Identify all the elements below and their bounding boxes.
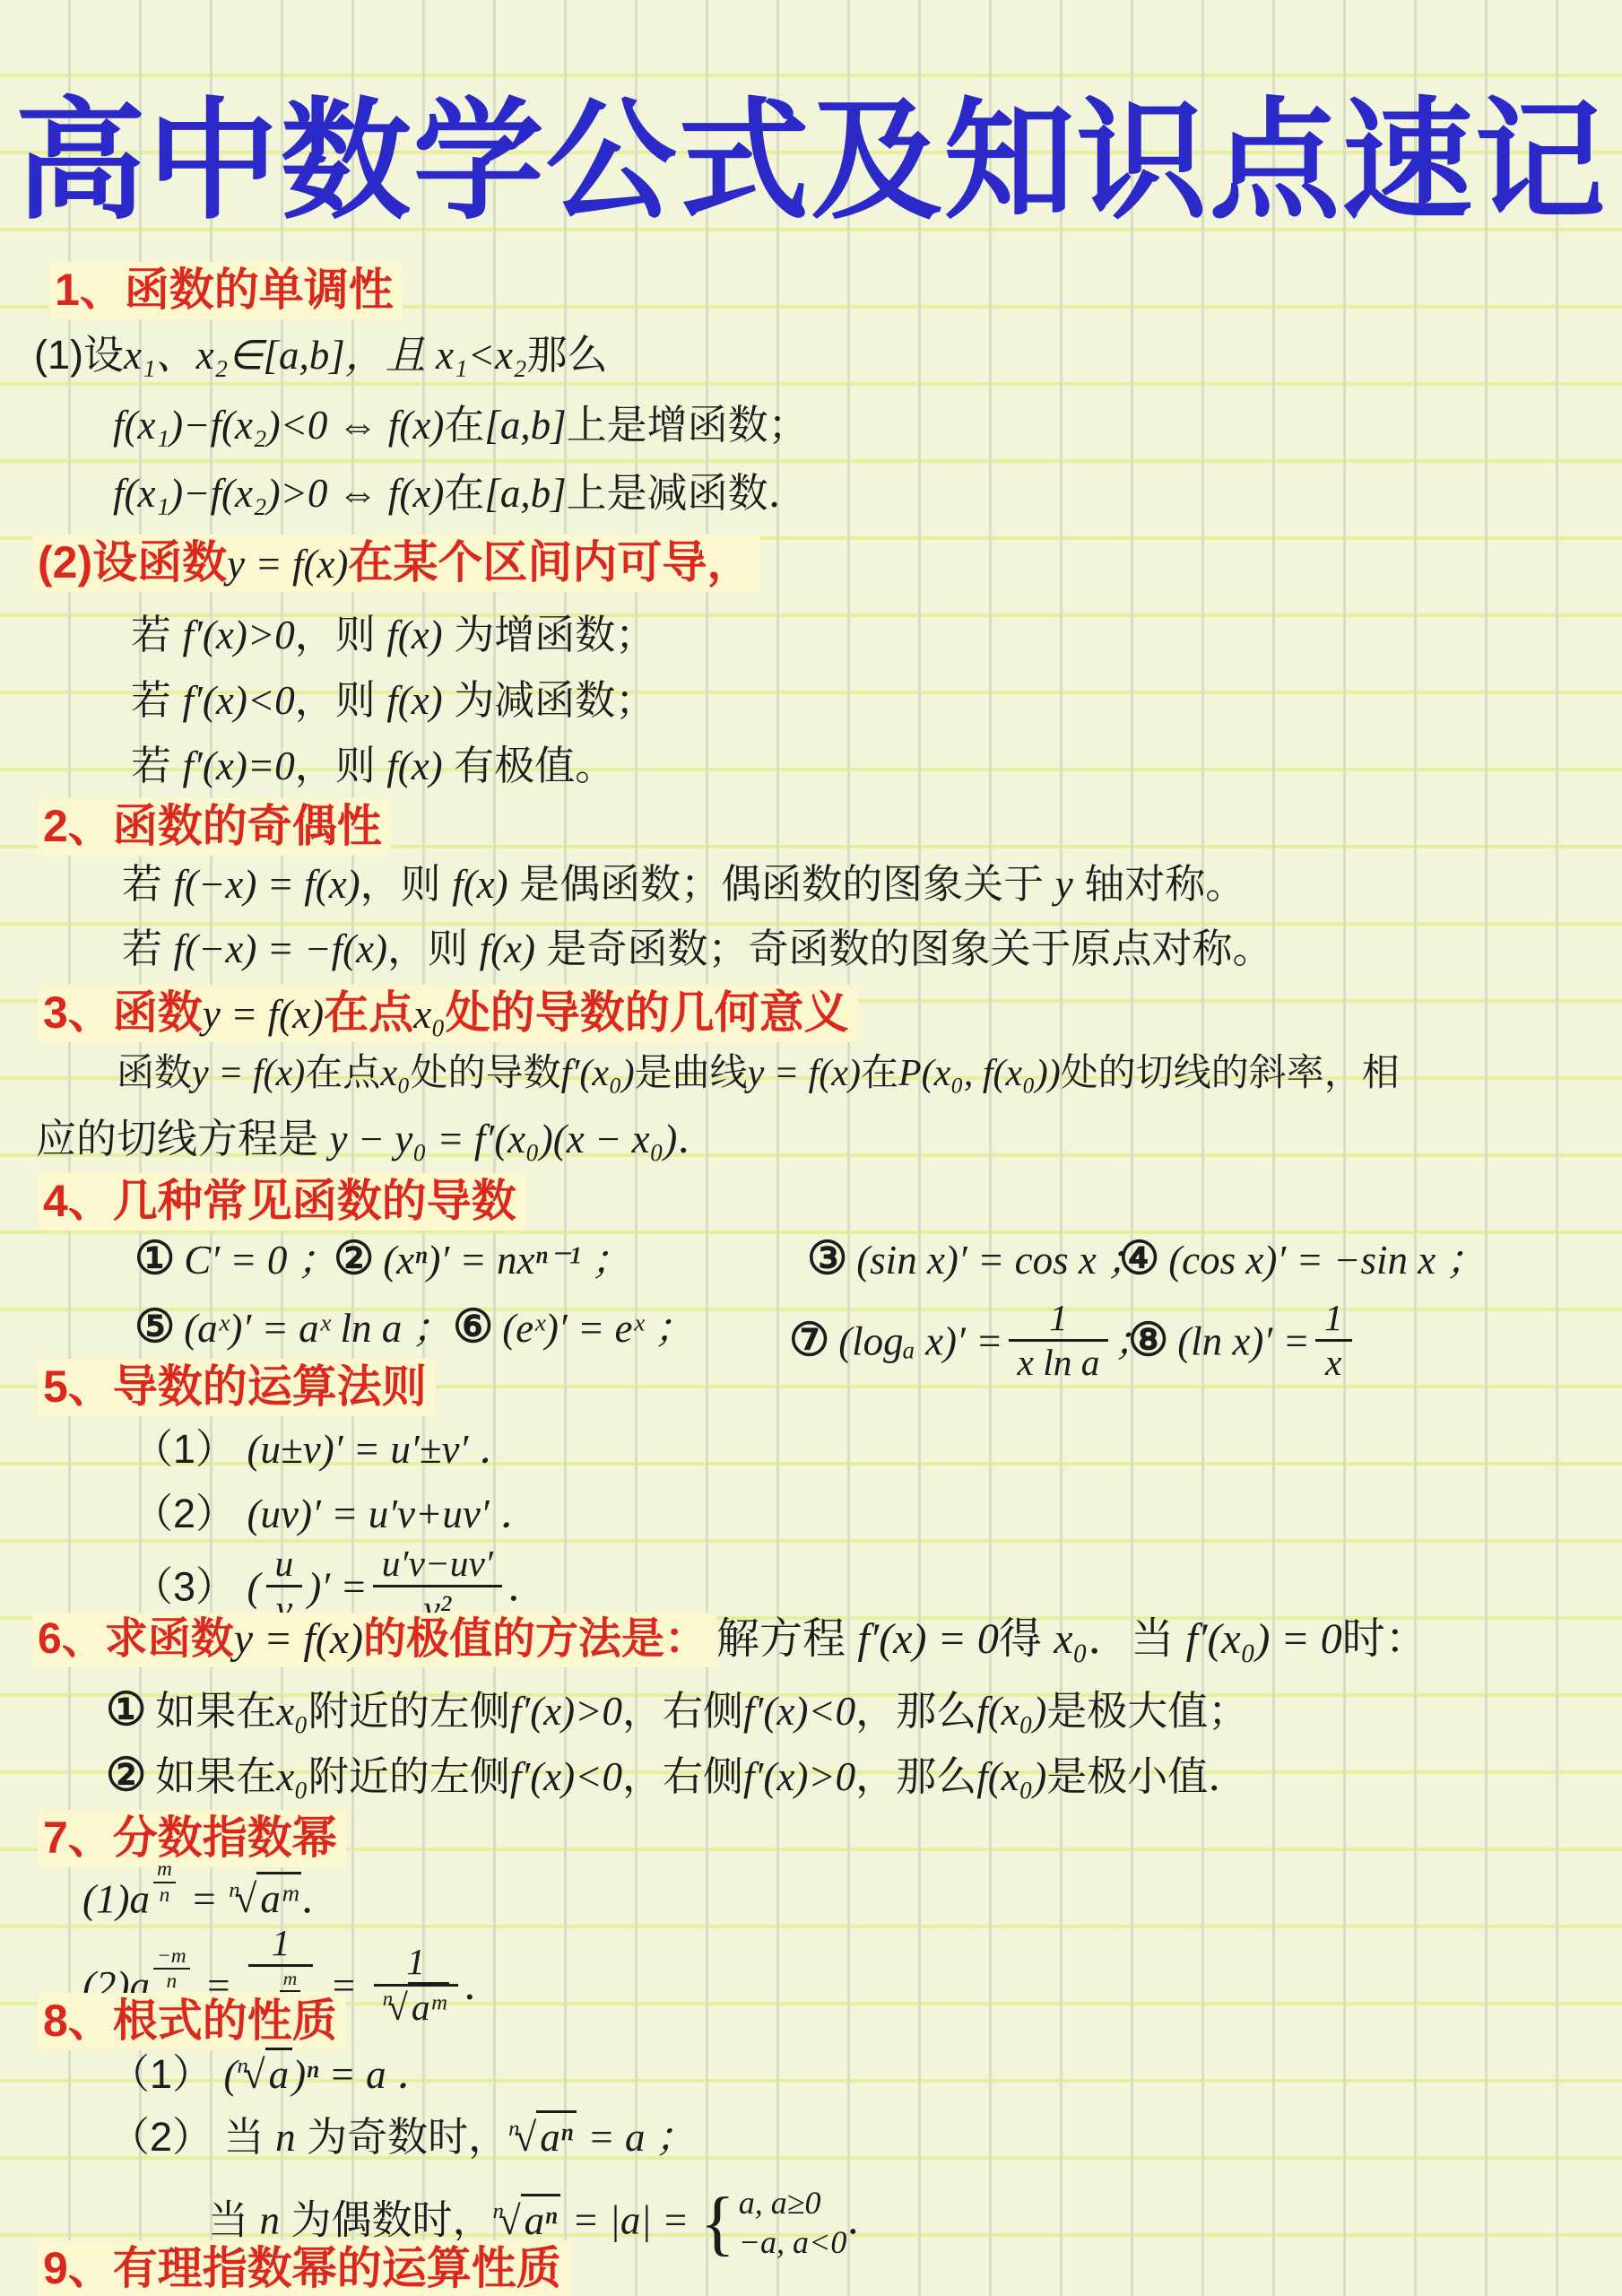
math-run: C′ = 0 ； — [184, 1238, 337, 1283]
math-run: f′(x)>0 — [510, 1689, 622, 1734]
math-run: P(x₀, f(x₀)) — [898, 1053, 1061, 1094]
denominator: x ln a — [1009, 1342, 1109, 1382]
s4-line-2: 应的切线方程是 y − y₀ = f′(x₀)(x − x₀)． — [36, 1114, 717, 1164]
derivative-formula-7: ⑦(logₐ x)′ =1x ln a； — [789, 1299, 1155, 1383]
text-run: 轴对称。 — [1084, 861, 1245, 907]
math-run: x₀ — [380, 1053, 410, 1094]
equals-sign: = — [190, 1876, 217, 1921]
heading-red: 处的导数的几何意义 — [446, 987, 849, 1038]
section-1-heading: 1、函数的单调性 — [49, 262, 403, 318]
math-run: f′(x)<0 — [183, 678, 295, 723]
math-run: x₀ — [276, 1754, 308, 1799]
heading-math: y = f(x) — [203, 992, 324, 1037]
heading-math: y = f(x) — [227, 542, 348, 587]
s4-line-1: 函数y = f(x)在点x₀处的导数f′(x₀)是曲线y = f(x)在P(x₀… — [117, 1049, 1400, 1098]
heading-band: 6、求函数y = f(x)的极值的方法是： — [32, 1613, 716, 1667]
math-run: x₁、x₂∈[a,b]，且 x₁<x₂ — [124, 333, 527, 378]
s9-formula-1: （1） (n√a)ⁿ = a ． — [109, 2049, 437, 2100]
radicand: aⁿ — [536, 2110, 577, 2160]
math-run: (u±v)′ = u′±v′ ． — [247, 1427, 519, 1472]
text-run: ，则 — [360, 861, 441, 907]
math-run: (sin x)′ = cos x ； — [856, 1238, 1147, 1283]
math-run: f(x) — [480, 926, 535, 971]
text-run: 如果在 — [155, 1753, 276, 1799]
item-label: （2） — [133, 1491, 236, 1536]
text-run: 处的切线的斜率，相 — [1061, 1051, 1400, 1093]
heading-red: 6、求函数 — [38, 1615, 234, 1663]
radicand: a — [265, 2048, 293, 2097]
radical: n√aⁿ — [493, 2198, 561, 2243]
math-run: y = f(x) — [748, 1053, 861, 1094]
text-run: 有极值。 — [454, 743, 615, 788]
numerator: m — [153, 1858, 176, 1883]
text-run: 是极小值． — [1046, 1753, 1248, 1799]
text-run: ，则 — [387, 926, 468, 971]
fraction: 1x ln a — [1009, 1299, 1109, 1383]
circled-number: ② — [334, 1233, 374, 1283]
math-run: = a ； — [587, 2115, 695, 2160]
math-run: [a,b] — [484, 403, 566, 448]
derivative-formula-8: ⑧(ln x)′ =1x — [1128, 1299, 1357, 1383]
section-3-heading: 3、函数y = f(x)在点x₀处的导数的几何意义 — [38, 985, 858, 1041]
math-run: y = f(x) — [192, 1053, 305, 1094]
math-run: f(x₁)−f(x₂)<0 ⇔ f(x) — [113, 403, 444, 448]
text-run: ，则 — [295, 677, 376, 723]
text-run: 应的切线方程是 — [36, 1116, 318, 1161]
s6-line-2: （2） (uv)′ = u′v+uv′ ． — [133, 1489, 540, 1539]
math-run: f′(x₀) = 0 — [1186, 1615, 1342, 1663]
s3-line-1: 若 f(−x) = f(x)，则 f(x) 是偶函数；偶函数的图象关于 y 轴对… — [122, 859, 1245, 909]
text-run: ． — [677, 1116, 717, 1161]
derivative-formula-2: ②(xⁿ)′ = nxⁿ⁻¹ ； — [334, 1231, 631, 1287]
item-label: （1） — [109, 2051, 213, 2097]
radicand: aᵐ — [256, 1872, 300, 1921]
derivative-formula-4: ④(cos x)′ = −sin x ； — [1119, 1231, 1486, 1287]
cases-brace: { — [700, 2182, 735, 2263]
heading-red: 在点 — [324, 987, 413, 1038]
math-run: n — [275, 2115, 296, 2160]
math-run: f′(x)>0 — [743, 1754, 855, 1799]
left-paren: ( — [224, 2052, 238, 2097]
circled-number: ④ — [1119, 1233, 1159, 1283]
text-run: 函数 — [117, 1051, 192, 1093]
numerator: u — [266, 1544, 303, 1587]
text-run: 处的导数 — [411, 1051, 561, 1093]
text-run: (1)设 — [34, 332, 124, 378]
section-5-heading-text: 5、导数的运算法则 — [38, 1359, 436, 1416]
text-run: ． — [507, 1564, 548, 1610]
math-run: (uv)′ = u′v+uv′ ． — [247, 1492, 540, 1536]
numerator: u′v−uv′ — [373, 1544, 502, 1587]
math-run: [a,b] — [484, 471, 566, 516]
text-run: 上是增函数； — [567, 402, 809, 448]
derivative-formula-6: ⑥(eˣ)′ = eˣ ； — [453, 1299, 694, 1355]
heading-band: 3、函数y = f(x)在点x₀处的导数的几何意义 — [38, 985, 858, 1042]
derivative-formula-3: ③(sin x)′ = cos x ； — [807, 1231, 1147, 1287]
math-run: (cos x)′ = −sin x ； — [1168, 1238, 1486, 1283]
numerator: 1 — [248, 1924, 313, 1967]
s7-line-2: ②如果在x₀附近的左侧f′(x)<0，右侧f′(x)>0，那么f(x₀)是极小值… — [106, 1747, 1248, 1804]
case-2: −a, a<0 — [739, 2223, 847, 2262]
text-run: ，那么 — [855, 1688, 976, 1734]
text-run: 为奇数时， — [307, 2114, 508, 2160]
math-run: (logₐ x)′ = — [838, 1319, 1002, 1364]
text-run: 在 — [861, 1051, 898, 1093]
section-1-heading-text: 1、函数的单调性 — [49, 262, 403, 319]
text-run: ． — [846, 2197, 887, 2243]
case-1: a, a≥0 — [739, 2184, 847, 2222]
notebook-page: 高中数学公式及知识点速记 1、函数的单调性 (1)设x₁、x₂∈[a,b]，且 … — [0, 0, 1622, 2296]
math-run: f′(x₀) — [561, 1053, 635, 1094]
s1-line-3: f(x₁)−f(x₂)>0 ⇔ f(x)在[a,b]上是减函数． — [113, 468, 809, 518]
text-run: ，右侧 — [622, 1753, 743, 1799]
s1-line-2: f(x₁)−f(x₂)<0 ⇔ f(x)在[a,b]上是增函数； — [113, 400, 809, 450]
math-base: a — [129, 1876, 150, 1921]
radicand: aᵐ — [408, 1982, 449, 2028]
item-label: (1) — [82, 1876, 129, 1921]
math-run: (xⁿ)′ = nxⁿ⁻¹ ； — [383, 1238, 631, 1283]
s2-line-3: 若 f′(x)=0，则 f(x) 有极值。 — [131, 741, 615, 791]
text-run: ，则 — [295, 743, 376, 788]
section-9-heading: 9、有理指数幂的运算性质 — [38, 2240, 570, 2296]
heading-red: (2)设函数 — [38, 537, 227, 587]
section-9-heading-text: 9、有理指数幂的运算性质 — [38, 2240, 570, 2296]
section-4-heading-text: 4、几种常见函数的导数 — [38, 1173, 525, 1231]
math-run: x₀ — [1054, 1615, 1088, 1663]
text-run: 若 — [131, 677, 171, 723]
circled-number: ⑥ — [453, 1301, 493, 1352]
s2-line-1: 若 f′(x)>0，则 f(x) 为增函数； — [131, 610, 655, 660]
text-run: 在点 — [305, 1051, 380, 1093]
radical: n√aⁿ — [508, 2115, 577, 2160]
text-run: 当 — [224, 2114, 265, 2160]
text-run: 是偶函数；偶函数的图象关于 — [519, 861, 1044, 907]
numerator: 1 — [374, 1943, 458, 1986]
math-run: n — [260, 2198, 281, 2243]
section-2-heading-text: 2、函数的奇偶性 — [38, 798, 391, 856]
radical: n√aᵐ — [229, 1876, 300, 1921]
circled-number: ① — [134, 1233, 175, 1283]
circled-number: ⑦ — [789, 1315, 829, 1365]
radical-sign: √ — [243, 2052, 265, 2097]
text-run: ，右侧 — [622, 1688, 743, 1734]
radical-sign: √ — [235, 1876, 257, 1921]
math-run: y − y₀ = f′(x₀)(x − x₀) — [330, 1117, 678, 1161]
math-run: f′(x)>0 — [183, 613, 295, 657]
math-run: (eˣ)′ = eˣ ； — [502, 1306, 694, 1351]
text-run: ．当 — [1088, 1615, 1174, 1663]
heading-math: y = f(x) — [234, 1615, 363, 1663]
text-run: 解方程 — [716, 1615, 846, 1663]
math-run: f′(x)<0 — [743, 1689, 855, 1734]
math-run: f′(x)=0 — [183, 744, 295, 788]
text-run: 附近的左侧 — [308, 1688, 510, 1734]
circled-number: ③ — [807, 1233, 847, 1283]
piecewise-cases: a, a≥0−a, a<0 — [739, 2184, 847, 2261]
text-run: 时： — [1342, 1615, 1428, 1663]
math-run: f(x₀) — [976, 1689, 1046, 1734]
text-run: 是奇函数；奇函数的图象关于原点对称。 — [547, 926, 1273, 971]
text-run: 是曲线 — [635, 1051, 748, 1093]
numerator: −m — [153, 1945, 190, 1970]
exponent-fraction: −mn — [153, 1945, 190, 1993]
item-label: （3） — [133, 1564, 236, 1610]
section-5-heading: 5、导数的运算法则 — [38, 1359, 436, 1415]
text-run: ，则 — [295, 612, 376, 657]
radical: n√a — [238, 2052, 293, 2097]
text-run: 为偶数时， — [291, 2197, 493, 2243]
radicand: aⁿ — [521, 2194, 561, 2243]
derivative-formula-1: ①C′ = 0 ； — [134, 1231, 338, 1287]
math-run: f(x₀) — [976, 1754, 1046, 1799]
denominator: n√aᵐ — [374, 1987, 458, 2027]
denominator: n — [153, 1883, 176, 1907]
heading-band: (2)设函数y = f(x)在某个区间内可导， — [32, 535, 760, 592]
circled-number: ⑧ — [1128, 1315, 1168, 1365]
page-title: 高中数学公式及知识点速记 — [0, 56, 1622, 244]
section-8-heading: 8、根式的性质 — [38, 1993, 346, 2049]
text-run: 若 — [122, 861, 162, 907]
math-run: )′ = — [308, 1565, 367, 1610]
math-run: (ln x)′ = — [1177, 1319, 1310, 1364]
heading-red: 在某个区间内可导， — [348, 537, 751, 587]
math-run: f(x₁)−f(x₂)>0 ⇔ f(x) — [113, 471, 444, 516]
circled-number: ⑤ — [134, 1301, 175, 1352]
text-run: ． — [301, 1875, 342, 1921]
left-paren: ( — [247, 1565, 261, 1610]
radical-sign: √ — [499, 2198, 521, 2243]
text-run: 为减函数； — [454, 677, 655, 723]
section-8-heading-text: 8、根式的性质 — [38, 1993, 346, 2050]
denominator: n — [153, 1970, 190, 1993]
item-label: （1） — [133, 1426, 236, 1472]
s6-line-1: （1） (u±v)′ = u′±v′ ． — [133, 1424, 519, 1474]
text-run: 在 — [444, 402, 484, 448]
numerator: 1 — [1315, 1299, 1352, 1342]
text-run: 得 — [999, 1615, 1042, 1663]
math-run: f(x) — [386, 678, 442, 723]
math-run: x₀ — [276, 1689, 308, 1734]
text-run: 当 — [208, 2197, 248, 2243]
text-run: ． — [464, 1962, 504, 2008]
math-run: (aˣ)′ = aˣ ln a ； — [184, 1306, 452, 1351]
s7-line-1: ①如果在x₀附近的左侧f′(x)>0，右侧f′(x)<0，那么f(x₀)是极大值… — [106, 1682, 1248, 1738]
math-run: f′(x) = 0 — [857, 1615, 999, 1663]
fraction: 1x — [1315, 1299, 1352, 1383]
text-run: ，那么 — [855, 1753, 976, 1799]
circled-number: ① — [106, 1684, 146, 1735]
section-1b-heading: (2)设函数y = f(x)在某个区间内可导， — [32, 535, 760, 591]
section-4-heading: 4、几种常见函数的导数 — [38, 1173, 525, 1230]
heading-red: 3、函数 — [43, 987, 203, 1038]
radical: n√aᵐ — [383, 1987, 449, 2028]
s3-line-2: 若 f(−x) = −f(x)，则 f(x) 是奇函数；奇函数的图象关于原点对称… — [122, 924, 1273, 974]
numerator: m — [280, 1969, 301, 1992]
text-run: 若 — [122, 926, 162, 971]
s1-line-1: (1)设x₁、x₂∈[a,b]，且 x₁<x₂那么 — [34, 330, 608, 380]
heading-red: 的极值的方法是： — [363, 1615, 707, 1663]
radical-sign: √ — [387, 1987, 408, 2028]
s2-line-2: 若 f′(x)<0，则 f(x) 为减函数； — [131, 675, 655, 726]
s9-formula-2: （2） 当 n 为奇数时，n√aⁿ = a ； — [109, 2112, 696, 2162]
math-run: f(x) — [386, 744, 442, 788]
text-run: 附近的左侧 — [308, 1753, 510, 1799]
s8-formula-1: (1)amn = n√aᵐ． — [82, 1858, 342, 1925]
text-run: 若 — [131, 743, 171, 788]
math-run: f(x) — [452, 862, 507, 907]
denominator: x — [1315, 1342, 1352, 1382]
text-run: 若 — [131, 612, 171, 657]
math-run: y — [1055, 862, 1073, 907]
circled-number: ② — [106, 1750, 146, 1800]
text-run: 如果在 — [155, 1688, 276, 1734]
math-run: f(x) — [386, 613, 442, 657]
math-run: = |a| = — [572, 2198, 689, 2243]
section-2-heading: 2、函数的奇偶性 — [38, 798, 391, 855]
fraction: 1n√aᵐ — [374, 1943, 458, 2027]
math-run: f(−x) = f(x) — [174, 862, 360, 907]
math-run: f′(x)<0 — [510, 1754, 622, 1799]
derivative-formula-5: ⑤(aˣ)′ = aˣ ln a ； — [134, 1299, 453, 1355]
exponent-fraction: mn — [153, 1858, 176, 1906]
text-run: 那么 — [527, 332, 608, 378]
math-run: f(−x) = −f(x) — [174, 926, 388, 971]
text-run: 在 — [444, 470, 484, 516]
text-run: 上是减函数． — [567, 470, 809, 516]
section-6-heading: 6、求函数y = f(x)的极值的方法是：解方程 f′(x) = 0得 x₀．当… — [32, 1613, 1428, 1666]
text-run: 是极大值； — [1046, 1688, 1248, 1734]
radical-sign: √ — [514, 2115, 536, 2160]
math-run: )ⁿ = a ． — [292, 2052, 437, 2097]
text-run: 为增函数； — [454, 612, 655, 657]
item-label: （2） — [109, 2114, 213, 2160]
heading-math: x₀ — [413, 992, 446, 1037]
numerator: 1 — [1009, 1299, 1109, 1342]
